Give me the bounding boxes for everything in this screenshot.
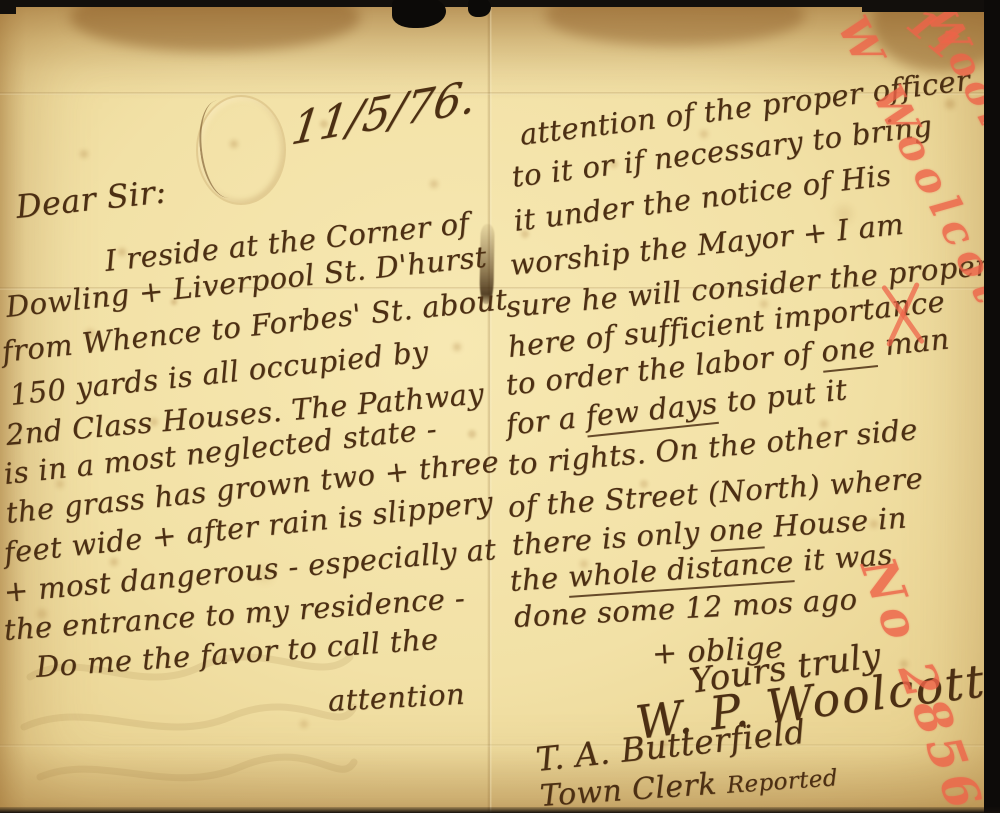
- letter-line-segment: the: [509, 560, 570, 598]
- letter-scan: 11/5/76. Dear Sir: I reside at the Corne…: [0, 0, 1000, 813]
- scan-edge-right: [984, 0, 1000, 813]
- vertical-fold-crease: [487, 0, 492, 813]
- underlined-word: one: [819, 329, 877, 372]
- scan-edge-top: [0, 0, 1000, 7]
- scan-edge-top-left: [0, 0, 16, 14]
- scan-edge-top-right: [862, 0, 1000, 12]
- scan-edge-bottom: [0, 807, 1000, 813]
